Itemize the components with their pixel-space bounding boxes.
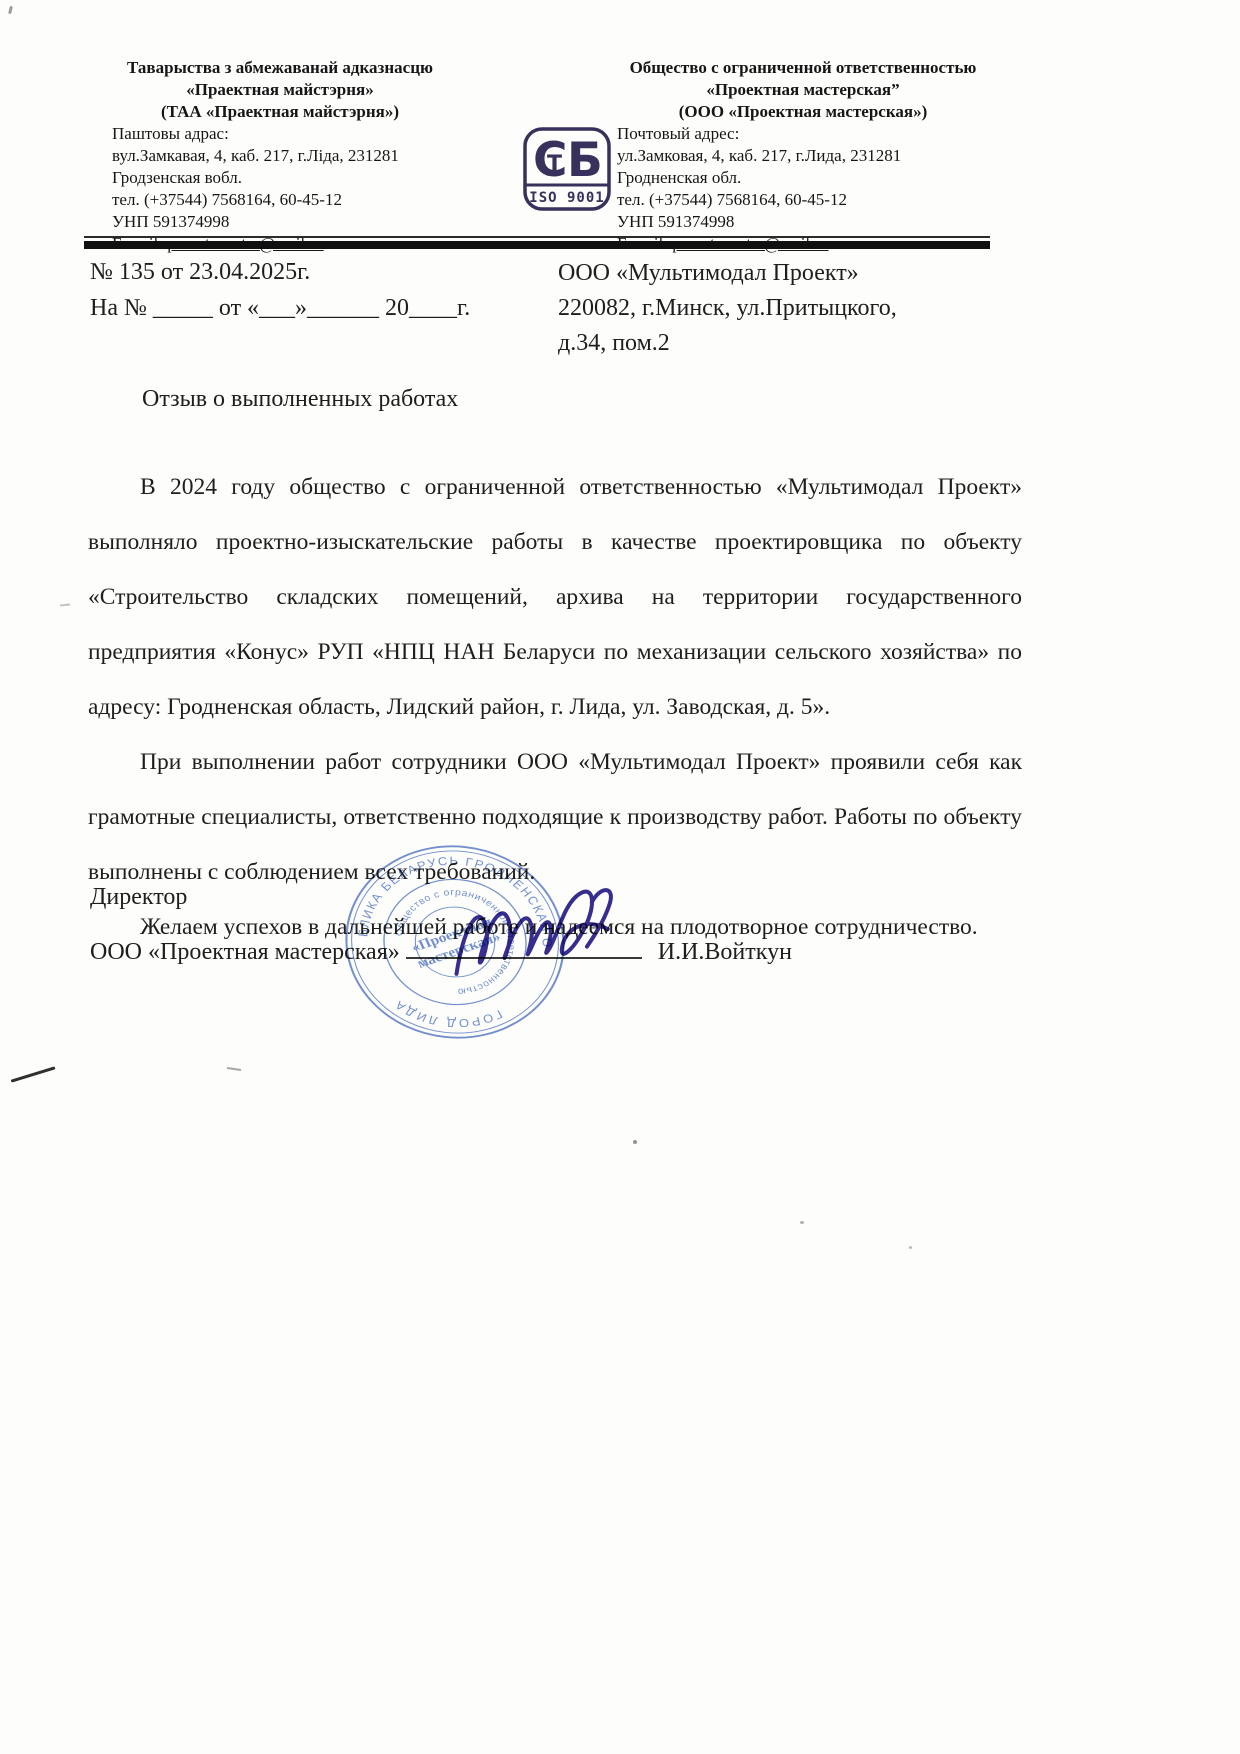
company-name-by-line1: Таварыства з абмежаванай адказнасцю — [112, 57, 448, 79]
addressee-address-line1: 220082, г.Минск, ул.Притыцкого, — [558, 291, 897, 326]
region-ru: Гродненская обл. — [617, 167, 989, 189]
letterhead-divider — [84, 236, 990, 249]
company-name-ru-line3: (ООО «Проектная мастерская») — [617, 101, 989, 123]
signatory-name: И.И.Войткун — [658, 939, 792, 966]
handwritten-signature — [445, 878, 632, 992]
street-address-ru: ул.Замковая, 4, каб. 217, г.Лида, 231281 — [617, 145, 989, 167]
letter-title: Отзыв о выполненных работах — [142, 386, 458, 413]
body-paragraph: В 2024 году общество с ограниченной отве… — [88, 460, 1022, 735]
divider-thin-line — [84, 236, 990, 238]
scan-artifact-speck — [60, 603, 70, 606]
company-name-ru-line2: «Проектная мастерская” — [617, 79, 989, 101]
logo-letter-t: Т — [547, 152, 562, 177]
phone-ru: тел. (+37544) 7568164, 60-45-12 — [617, 189, 989, 211]
letterhead-left: Таварыства з абмежаванай адказнасцю «Пра… — [112, 57, 448, 255]
postal-address-label-ru: Почтовый адрес: — [617, 123, 989, 145]
stb-iso9001-logo-icon: С Т Б ISO 9001 — [522, 126, 612, 212]
unp-ru: УНП 591374998 — [617, 211, 989, 233]
region-by: Гродзенская вобл. — [112, 167, 448, 189]
company-name-by-line3: (ТАА «Праектная майстэрня») — [112, 101, 448, 123]
addressee-company: ООО «Мультимодал Проект» — [558, 256, 897, 291]
outgoing-number-line: № 135 от 23.04.2025г. — [90, 254, 470, 290]
addressee-address-line2: д.34, пом.2 — [558, 326, 897, 361]
scan-artifact-speck — [909, 1246, 912, 1249]
scan-artifact-mark — [227, 1067, 241, 1071]
postal-address-label-by: Паштовы адрас: — [112, 123, 448, 145]
scan-artifact-mark — [8, 6, 13, 14]
company-name-ru-line1: Общество с ограниченной ответственностью — [617, 57, 989, 79]
document-page: Таварыства з абмежаванай адказнасцю «Пра… — [0, 0, 1240, 1754]
scan-artifact-speck — [800, 1221, 804, 1224]
scan-artifact-pen-stroke — [11, 1066, 56, 1082]
unp-by: УНП 591374998 — [112, 211, 448, 233]
logo-letter-b: Б — [567, 133, 603, 188]
reference-block: № 135 от 23.04.2025г. На № _____ от «___… — [90, 254, 470, 326]
company-name-by-line2: «Праектная майстэрня» — [112, 79, 448, 101]
logo-iso-caption: ISO 9001 — [529, 190, 604, 206]
phone-by: тел. (+37544) 7568164, 60-45-12 — [112, 189, 448, 211]
divider-thick-line — [84, 241, 990, 249]
addressee-block: ООО «Мультимодал Проект» 220082, г.Минск… — [558, 256, 897, 361]
scan-artifact-speck — [633, 1140, 637, 1144]
reply-to-number-line: На № _____ от «___»______ 20____г. — [90, 290, 470, 326]
letterhead-right: Общество с ограниченной ответственностью… — [617, 57, 989, 255]
street-address-by: вул.Замкавая, 4, каб. 217, г.Ліда, 23128… — [112, 145, 448, 167]
